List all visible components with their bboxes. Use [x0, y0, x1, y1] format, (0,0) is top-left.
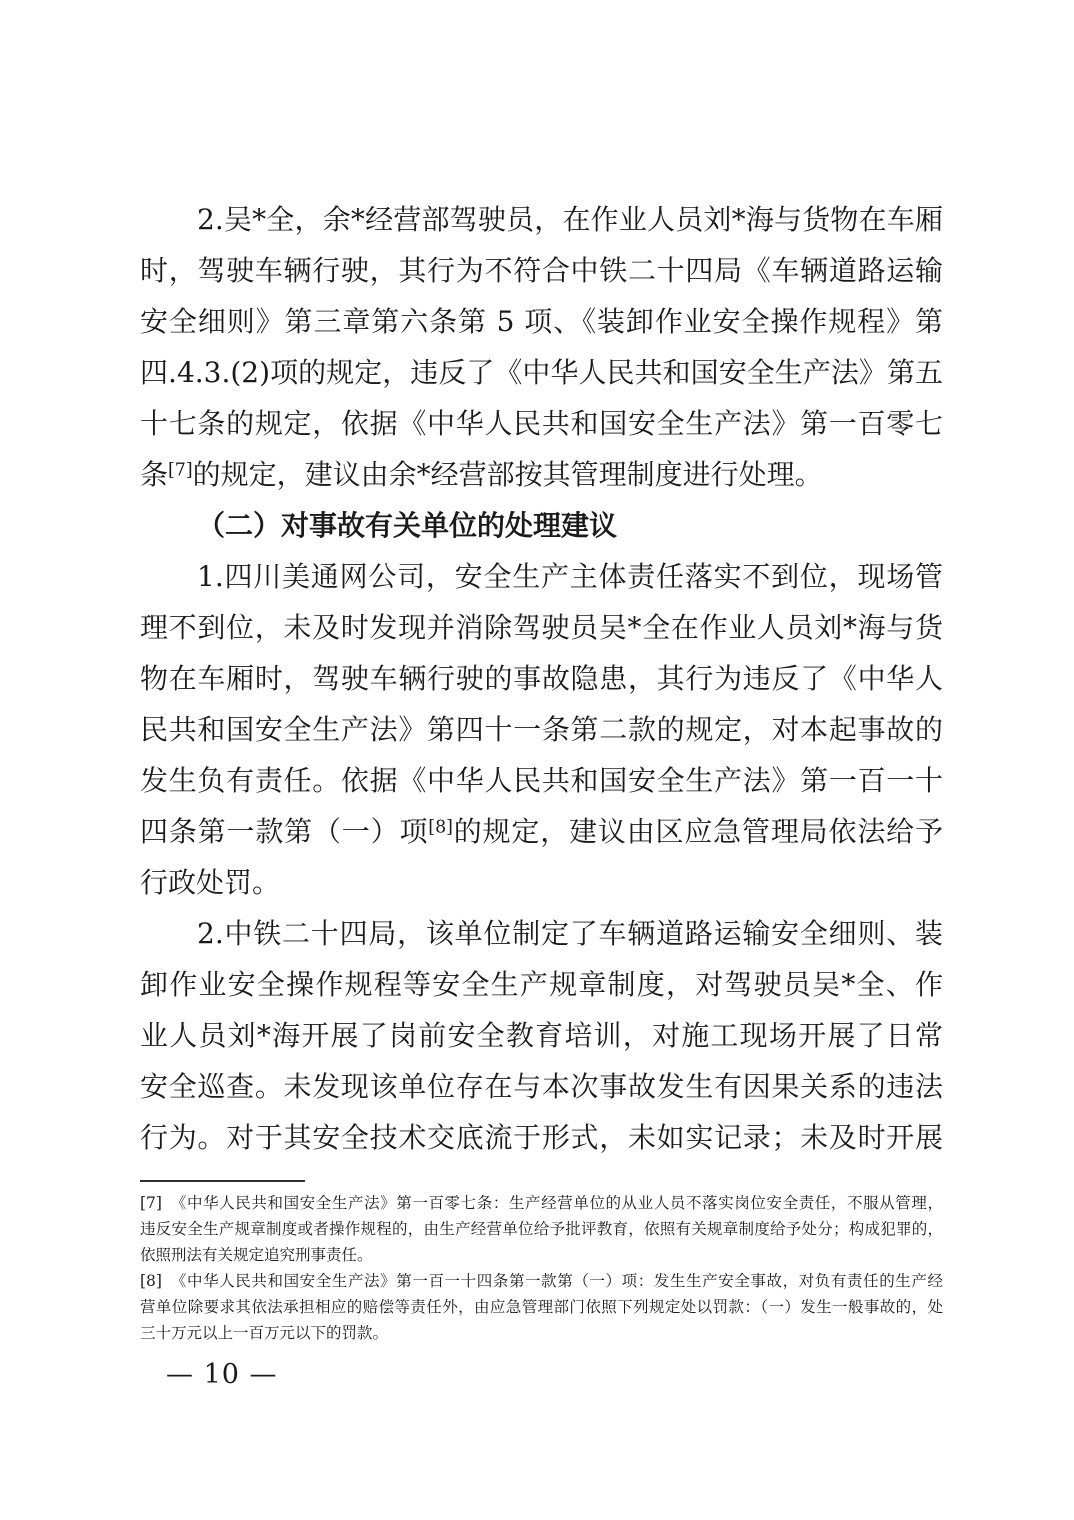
footnotes-block: [7] 《中华人民共和国安全生产法》第一百零七条：生产经营单位的从业人员不落实岗…: [140, 1190, 943, 1346]
text-line: （二）对事故有关单位的处理建议: [140, 500, 943, 551]
footnote-line: [7] 《中华人民共和国安全生产法》第一百零七条：生产经营单位的从业人员不落实岗…: [140, 1190, 943, 1216]
text-line: 发生负有责任。依据《中华人民共和国安全生产法》第一百一十: [140, 755, 943, 806]
text-line: 卸作业安全操作规程等安全生产规章制度，对驾驶员吴*全、作: [140, 959, 943, 1010]
text-line: 安全细则》第三章第六条第 5 项、《装卸作业安全操作规程》第: [140, 296, 943, 347]
text-line: 四条第一款第（一）项[8]的规定，建议由区应急管理局依法给予: [140, 806, 943, 857]
text-line: 民共和国安全生产法》第四十一条第二款的规定，对本起事故的: [140, 704, 943, 755]
text-line: 物在车厢时，驾驶车辆行驶的事故隐患，其行为违反了《中华人: [140, 653, 943, 704]
footnote-ref-marker: [7]: [168, 460, 193, 480]
footnote-line: 营单位除要求其依法承担相应的赔偿等责任外，由应急管理部门依照下列规定处以罚款：（…: [140, 1294, 943, 1320]
footnote-line: 依照刑法有关规定追究刑事责任。: [140, 1242, 943, 1268]
text-line: 十七条的规定，依据《中华人民共和国安全生产法》第一百零七: [140, 398, 943, 449]
footnote-7: [7] 《中华人民共和国安全生产法》第一百零七条：生产经营单位的从业人员不落实岗…: [140, 1190, 943, 1268]
page-number: — 10 —: [166, 1358, 278, 1392]
document-page: 2.吴*全，余*经营部驾驶员，在作业人员刘*海与货物在车厢时，驾驶车辆行驶，其行…: [0, 0, 1074, 1520]
text-line: 行为。对于其安全技术交底流于形式，未如实记录；未及时开展: [140, 1112, 943, 1163]
footnote-8: [8] 《中华人民共和国安全生产法》第一百一十四条第一款第（一）项：发生生产安全…: [140, 1268, 943, 1346]
footnote-line: 违反安全生产规章制度或者操作规程的，由生产经营单位给予批评教育，依照有关规章制度…: [140, 1216, 943, 1242]
text-line: 业人员刘*海开展了岗前安全教育培训，对施工现场开展了日常: [140, 1010, 943, 1061]
paragraph-unit-zhongtie-24ju: 2.中铁二十四局，该单位制定了车辆道路运输安全细则、装卸作业安全操作规程等安全生…: [140, 908, 943, 1163]
footnote-ref-marker: [8]: [428, 817, 453, 837]
text-line: 四.4.3.(2)项的规定，违反了《中华人民共和国安全生产法》第五: [140, 347, 943, 398]
heading-section-two: （二）对事故有关单位的处理建议: [140, 500, 943, 551]
paragraph-person-wu: 2.吴*全，余*经营部驾驶员，在作业人员刘*海与货物在车厢时，驾驶车辆行驶，其行…: [140, 194, 943, 500]
text-line: 安全巡查。未发现该单位存在与本次事故发生有因果关系的违法: [140, 1061, 943, 1112]
text-line: 2.中铁二十四局，该单位制定了车辆道路运输安全细则、装: [140, 908, 943, 959]
text-line: 理不到位，未及时发现并消除驾驶员吴*全在作业人员刘*海与货: [140, 602, 943, 653]
text-line: 1.四川美通网公司，安全生产主体责任落实不到位，现场管: [140, 551, 943, 602]
text-line: 2.吴*全，余*经营部驾驶员，在作业人员刘*海与货物在车厢: [140, 194, 943, 245]
text-line: 行政处罚。: [140, 857, 943, 908]
text-line: 时，驾驶车辆行驶，其行为不符合中铁二十四局《车辆道路运输: [140, 245, 943, 296]
footnote-line: 三十万元以上一百万元以下的罚款。: [140, 1320, 943, 1346]
footnote-line: [8] 《中华人民共和国安全生产法》第一百一十四条第一款第（一）项：发生生产安全…: [140, 1268, 943, 1294]
text-line: 条[7]的规定，建议由余*经营部按其管理制度进行处理。: [140, 449, 943, 500]
paragraph-unit-sichuan-meitongwang: 1.四川美通网公司，安全生产主体责任落实不到位，现场管理不到位，未及时发现并消除…: [140, 551, 943, 908]
footnote-separator: [140, 1180, 305, 1182]
body-text-block: 2.吴*全，余*经营部驾驶员，在作业人员刘*海与货物在车厢时，驾驶车辆行驶，其行…: [140, 194, 943, 1163]
